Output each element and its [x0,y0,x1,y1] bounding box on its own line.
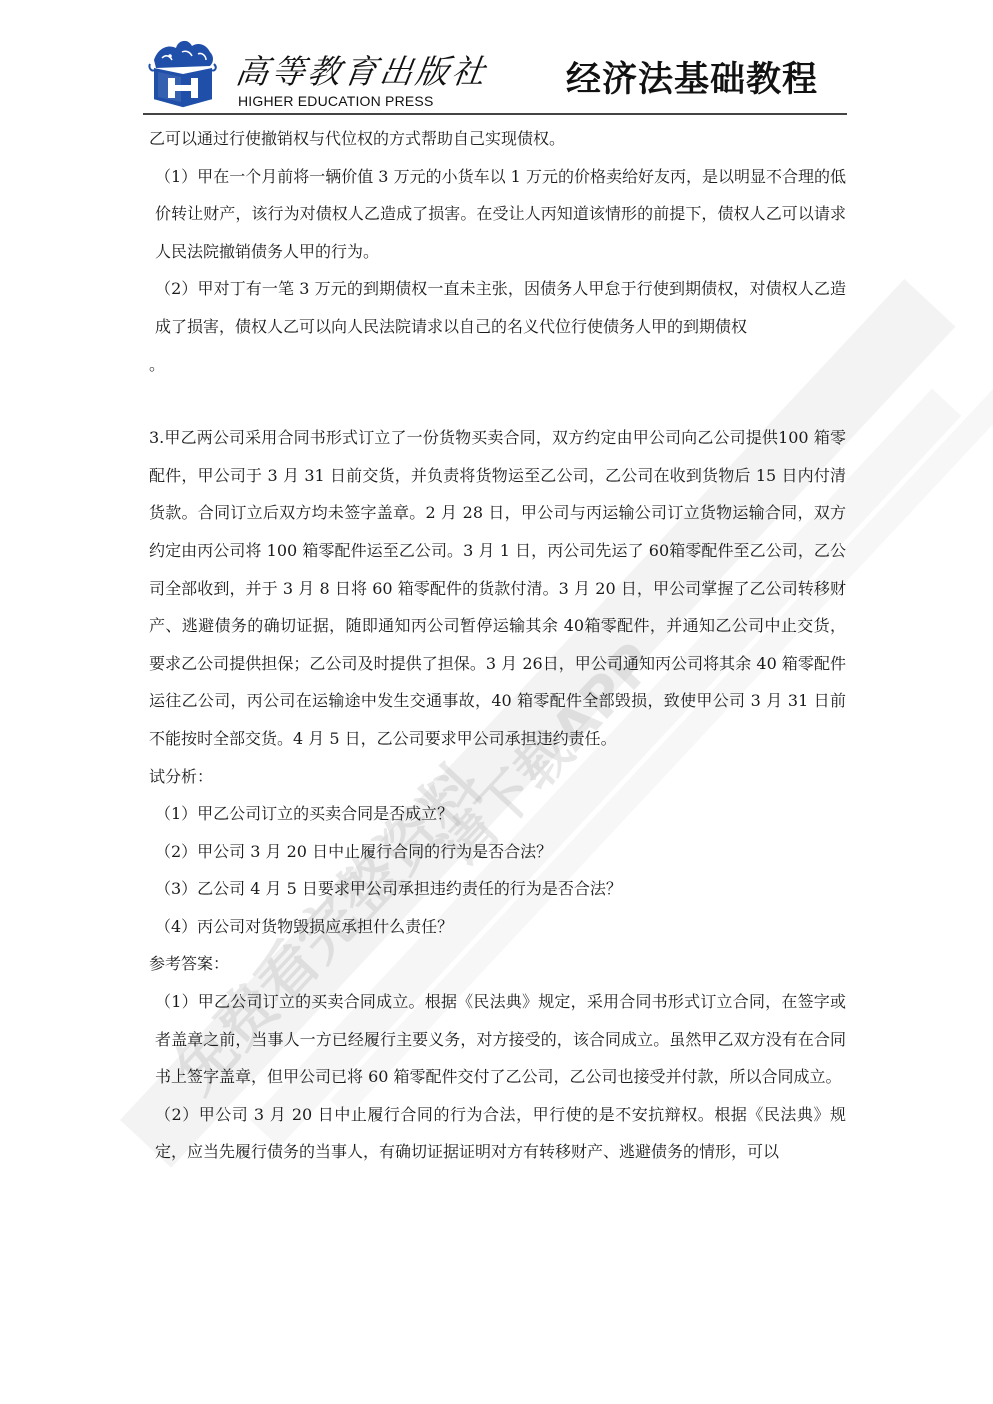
prior-answer-1: （1）甲在一个月前将一辆价值 3 万元的小货车以 1 万元的价格卖给好友丙，是以… [149,158,846,271]
question-3: （3）乙公司 4 月 5 日要求甲公司承担违约责任的行为是否合法？ [149,870,846,908]
publisher-name-cn: 高等教育出版社 [233,46,492,93]
section-spacer [149,383,846,419]
answer-2: （2）甲公司 3 月 20 日中止履行合同的行为合法，甲行使的是不安抗辩权。根据… [149,1096,846,1171]
question-4: （4）丙公司对货物毁损应承担什么责任？ [149,908,846,946]
prior-answer-2-tail: 。 [149,346,846,384]
dragon-book-logo-icon [148,38,218,110]
page-header: 高等教育出版社 HIGHER EDUCATION PRESS 经济法基础教程 [148,38,845,112]
publisher-name-en: HIGHER EDUCATION PRESS [238,93,434,109]
intro-paragraph: 乙可以通过行使撤销权与代位权的方式帮助自己实现债权。 [149,120,846,158]
book-title: 经济法基础教程 [566,52,818,102]
answer-label: 参考答案： [149,945,846,983]
document-body: 乙可以通过行使撤销权与代位权的方式帮助自己实现债权。 （1）甲在一个月前将一辆价… [149,120,846,1171]
question-2: （2）甲公司 3 月 20 日中止履行合同的行为是否合法？ [149,833,846,871]
case-3-text: 3.甲乙两公司采用合同书形式订立了一份货物买卖合同，双方约定由甲公司向乙公司提供… [149,419,846,757]
analyze-label: 试分析： [149,758,846,796]
header-divider [143,113,847,115]
document-page: 免费看完整资料 请下载APP 高等教育出版社 HIGHER EDUCATI [0,0,993,1404]
answer-1: （1）甲乙公司订立的买卖合同成立。根据《民法典》规定，采用合同书形式订立合同，在… [149,983,846,1096]
prior-answer-2: （2）甲对丁有一笔 3 万元的到期债权一直未主张，因债务人甲怠于行使到期债权，对… [149,270,846,345]
question-1: （1）甲乙公司订立的买卖合同是否成立？ [149,795,846,833]
